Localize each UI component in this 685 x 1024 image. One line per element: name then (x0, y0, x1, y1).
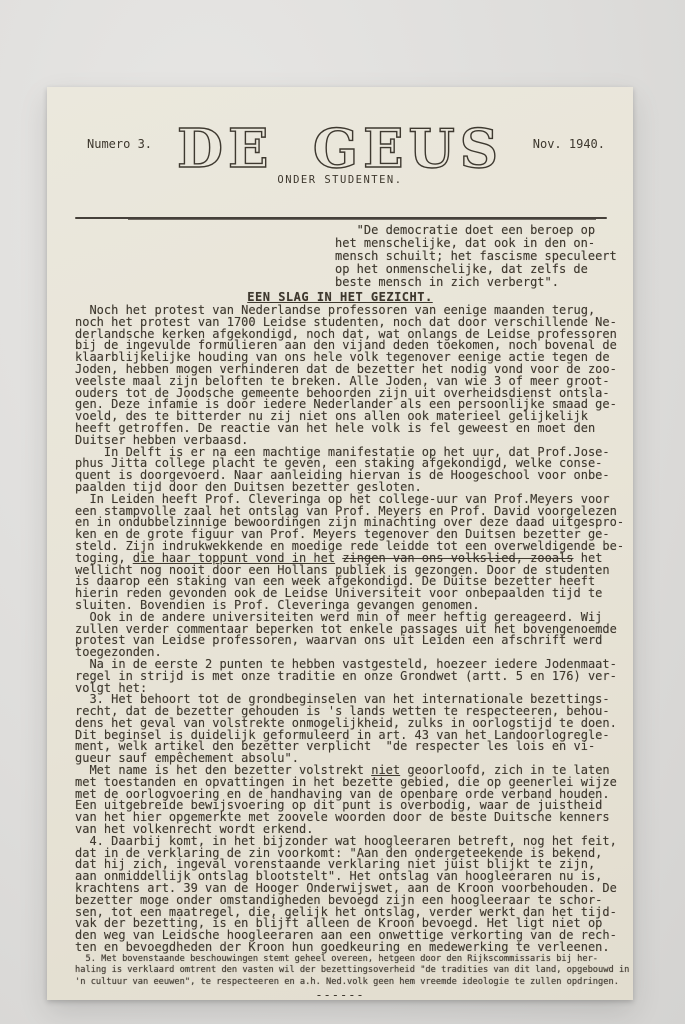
masthead: Numero 3. Nov. 1940. DE GEUS ONDER STUDE… (47, 121, 633, 217)
rule-line-secondary (128, 219, 596, 220)
end-dashes-separator: ------ (47, 989, 633, 1001)
paragraph: 4. Daarbij komt, in het bijzonder wat ho… (75, 836, 619, 954)
paragraph: Met name is het den bezetter volstrekt n… (75, 765, 619, 836)
paragraph: 3. Het behoort tot de grondbeginselen va… (75, 694, 619, 765)
issue-number: Numero 3. (87, 137, 152, 151)
issue-date: Nov. 1940. (533, 137, 605, 151)
paragraph: Noch het protest van Nederlandse profess… (75, 305, 619, 447)
epigraph-quote: "De democratie doet een beroep op het me… (335, 224, 613, 289)
newspaper-subtitle: ONDER STUDENTEN. (47, 174, 633, 186)
article-body: Noch het protest van Nederlandse profess… (75, 305, 619, 988)
paragraph: Na in de eerste 2 punten te hebben vastg… (75, 659, 619, 694)
paragraph: In Delft is er na een machtige manifesta… (75, 447, 619, 494)
paragraph: 5. Met bovenstaande beschouwingen stemt … (75, 954, 619, 988)
document-paper: Numero 3. Nov. 1940. DE GEUS ONDER STUDE… (47, 87, 633, 1000)
masthead-rule (75, 217, 607, 221)
paragraph: Ook in de andere universiteiten werd min… (75, 612, 619, 659)
paragraph: In Leiden heeft Prof. Cleveringa op het … (75, 494, 619, 612)
